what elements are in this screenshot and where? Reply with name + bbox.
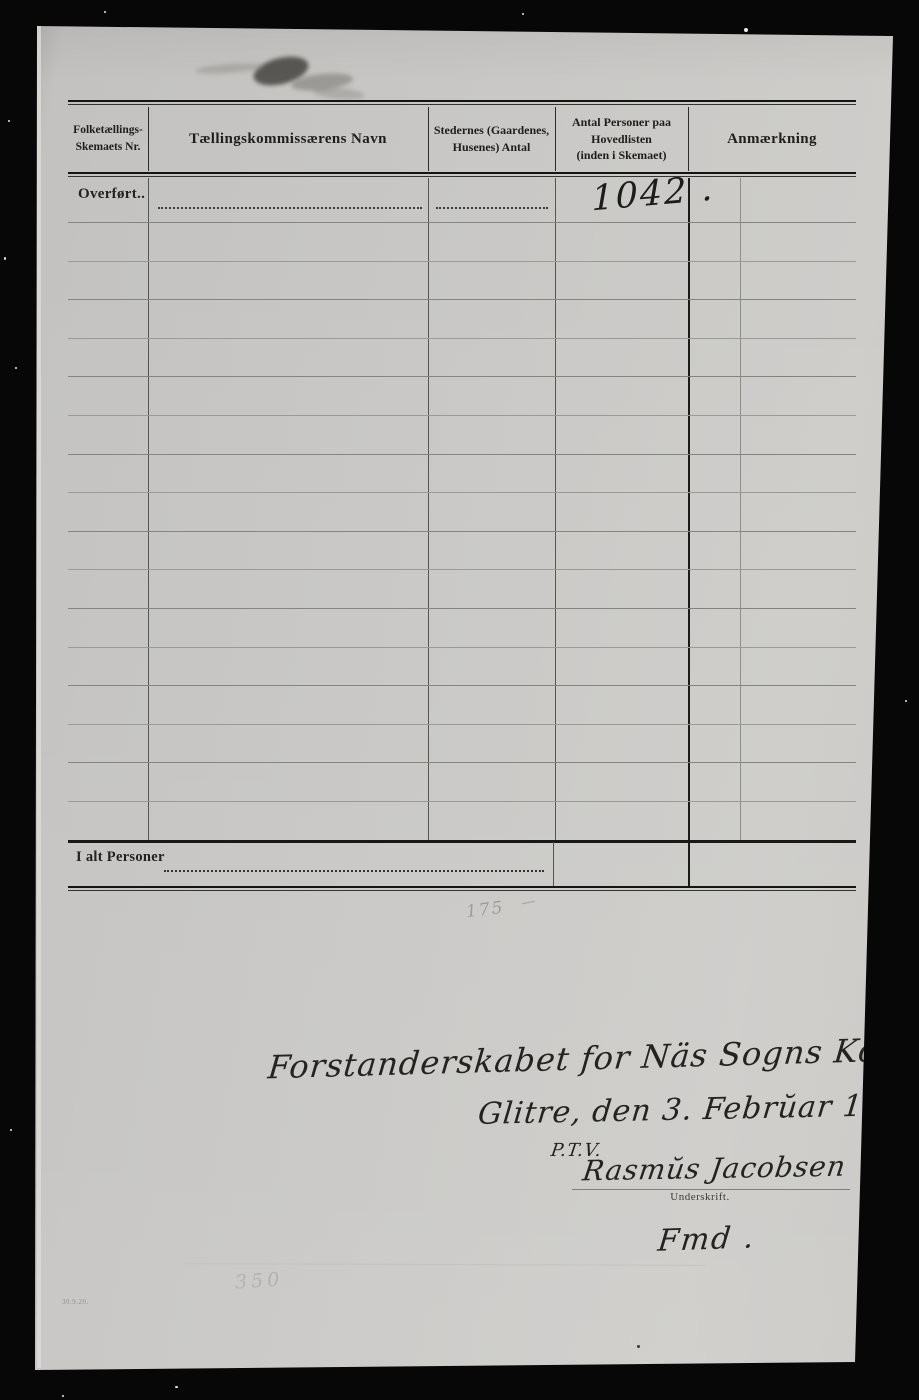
header-cell-skema-nr: Folketællings- Skemaets Nr. xyxy=(68,107,148,171)
header-line: Hovedlisten xyxy=(591,131,652,148)
grid-row-line xyxy=(68,724,856,725)
scanned-page-background: Folketællings- Skemaets Nr. Tællingskomm… xyxy=(0,0,919,1400)
grid-row-line xyxy=(68,569,856,570)
document-sheet: Folketællings- Skemaets Nr. Tællingskomm… xyxy=(35,24,893,1370)
page-edge xyxy=(37,26,41,1368)
pencil-note: 175 xyxy=(465,898,506,923)
grid-row-line xyxy=(68,801,856,802)
attestation-line: Forstanderskabet for Näs Sogns Kommŭne xyxy=(266,1028,919,1087)
role-abbreviation: Fmd . xyxy=(656,1220,757,1259)
column-divider xyxy=(688,107,689,171)
scan-speck xyxy=(8,120,10,122)
dotted-leader xyxy=(158,207,422,209)
grid-row-line xyxy=(68,531,856,532)
grid-row-line xyxy=(68,222,856,223)
header-cell-steder-antal: Stedernes (Gaardenes, Husenes) Antal xyxy=(428,107,555,171)
table-rule xyxy=(68,890,856,891)
column-divider xyxy=(740,178,741,840)
scan-speck xyxy=(10,1129,12,1131)
total-label: I alt Personer xyxy=(76,849,165,866)
grid-row-line xyxy=(68,338,856,339)
header-cell-anmaerkning: Anmærkning xyxy=(688,107,856,171)
scan-speck xyxy=(744,28,748,32)
table-rule xyxy=(68,172,856,174)
column-divider xyxy=(428,178,429,840)
column-divider xyxy=(428,107,429,171)
date-line: Glitre, den 3. Febrŭar 1921 . xyxy=(476,1087,919,1132)
header-line: Stedernes (Gaardenes, xyxy=(434,122,549,139)
column-divider xyxy=(688,178,690,886)
dotted-leader xyxy=(436,207,548,209)
grid-row-line xyxy=(68,299,856,300)
underskrift-label: Underskrift. xyxy=(620,1191,780,1203)
ink-smudge-blob xyxy=(313,86,366,101)
grid-row-line xyxy=(68,261,856,262)
column-divider xyxy=(553,842,554,886)
signature-line xyxy=(572,1189,850,1190)
header-line: Folketællings- xyxy=(73,122,143,139)
header-line: Tællingskommissærens Navn xyxy=(189,131,387,148)
grid-row-line xyxy=(68,685,856,686)
scan-speck xyxy=(15,367,17,369)
table-rule xyxy=(68,886,856,888)
scan-speck xyxy=(4,257,6,260)
scan-speck xyxy=(905,700,907,702)
ink-dot xyxy=(637,1345,640,1348)
column-divider xyxy=(555,178,556,840)
scan-speck xyxy=(522,13,524,15)
scan-speck xyxy=(62,1395,64,1397)
dotted-leader xyxy=(164,870,544,872)
grid-row-line xyxy=(68,454,856,455)
grid-row-line xyxy=(68,415,856,416)
header-line: Antal Personer paa xyxy=(572,114,671,131)
grid-row-line xyxy=(68,492,856,493)
table-rule xyxy=(68,100,856,102)
grid-row-line xyxy=(68,608,856,609)
grid-row-line xyxy=(68,376,856,377)
print-code: 30.9.20. xyxy=(62,1298,89,1306)
header-cell-antal-personer: Antal Personer paa Hovedlisten (inden i … xyxy=(555,107,688,171)
grid-row-line xyxy=(68,762,856,763)
scan-speck xyxy=(104,11,106,13)
table-rule xyxy=(68,840,856,843)
header-line: (inden i Skemaet) xyxy=(577,147,667,164)
scan-speck xyxy=(175,1386,178,1388)
table-rule xyxy=(68,176,856,177)
overfort-label: Overført.. xyxy=(78,186,145,203)
paper-crease xyxy=(185,1263,705,1266)
column-divider xyxy=(555,107,556,171)
signature: Rasmŭs Jacobsen xyxy=(581,1150,849,1188)
column-divider xyxy=(148,178,149,840)
table-rule xyxy=(68,104,856,105)
pencil-dash xyxy=(522,901,535,905)
grid-row-line xyxy=(68,647,856,648)
column-divider xyxy=(148,107,149,171)
header-line: Skemaets Nr. xyxy=(76,139,141,156)
census-table: Folketællings- Skemaets Nr. Tællingskomm… xyxy=(68,100,856,892)
header-line: Husenes) Antal xyxy=(453,139,531,156)
header-cell-kommissaer-navn: Tællingskommissærens Navn xyxy=(148,107,428,171)
pencil-note-faint: 350 xyxy=(234,1268,284,1293)
header-line: Anmærkning xyxy=(727,131,817,148)
